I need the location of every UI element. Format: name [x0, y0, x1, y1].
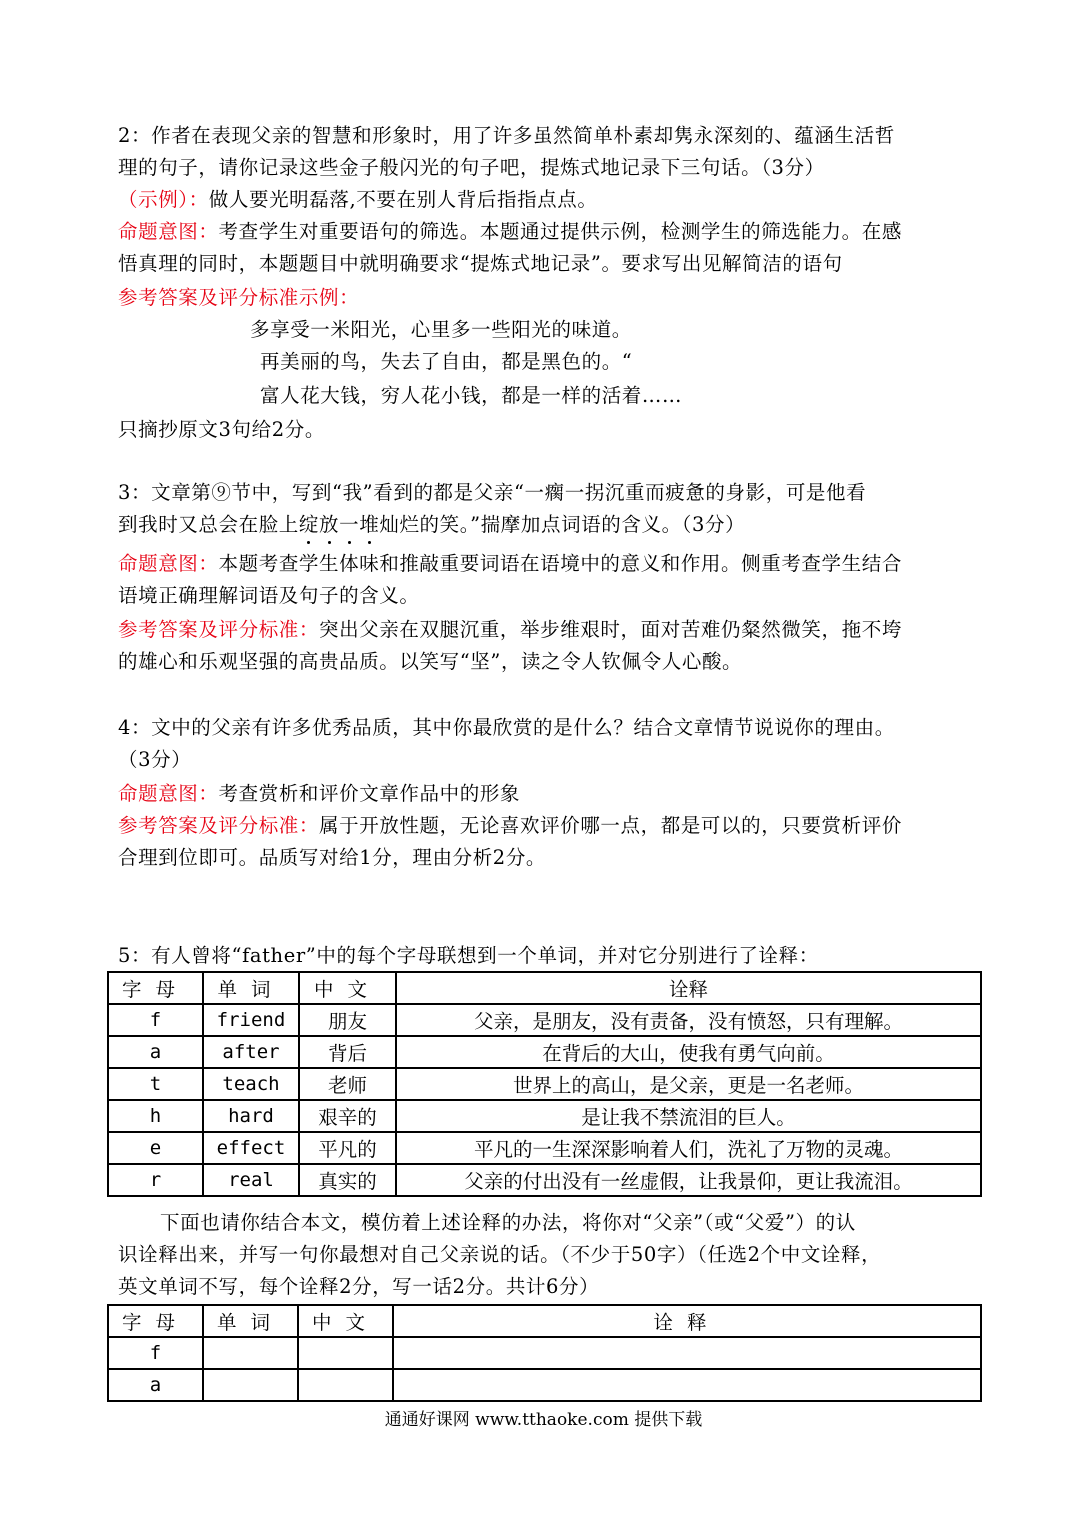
q2-question-line1: 2：作者在表现父亲的智慧和形象时，用了许多虽然简单朴素却隽永深刻的、蕴涵生活哲 — [118, 124, 895, 148]
q2-intent-line1: 命题意图：考查学生对重要语句的筛选。本题通过提供示例，检测学生的筛选能力。在感 — [118, 220, 902, 244]
blank-word-cell[interactable] — [203, 1369, 298, 1401]
page-footer: 通通好课网 www.tthaoke.com 提供下载 — [0, 1409, 1087, 1431]
table-header-row: 字母 单词 中文 诠释 — [108, 1305, 981, 1337]
table-row: h hard 艰辛的 是让我不禁流泪的巨人。 — [108, 1100, 981, 1132]
q5-instruction-line3: 英文单词不写，每个诠释2分，写一话2分。共计6分） — [118, 1275, 599, 1299]
q3-intent-line2: 语境正确理解词语及句子的含义。 — [118, 584, 420, 608]
header-letter: 字母 — [108, 972, 203, 1004]
emphasis-char: 一 — [339, 513, 359, 536]
q2-question-line2: 理的句子，请你记录这些金子般闪光的句子吧，提炼式地记录下三句话。（3分） — [118, 156, 825, 180]
example-label: （示例）： — [118, 188, 209, 211]
q4-question-line1: 4：文中的父亲有许多优秀品质，其中你最欣赏的是什么？结合文章情节说说你的理由。 — [118, 716, 895, 740]
header-word: 单词 — [203, 1305, 298, 1337]
blank-chinese-cell[interactable] — [298, 1337, 393, 1369]
q3-intent-line1: 命题意图：本题考查学生体味和推敲重要词语在语境中的意义和作用。侧重考查学生结合 — [118, 552, 902, 576]
q5-instruction-line1: 下面也请你结合本文，模仿着上述诠释的办法，将你对“父亲”（或“父爱”）的认 — [160, 1211, 856, 1235]
document-page: 2：作者在表现父亲的智慧和形象时，用了许多虽然简单朴素却隽永深刻的、蕴涵生活哲 … — [0, 0, 1087, 1536]
intent-label: 命题意图： — [118, 782, 219, 805]
intent-text: 考查学生对重要语句的筛选。本题通过提供示例，检测学生的筛选能力。在感 — [219, 220, 902, 243]
q5-intro: 5：有人曾将“father”中的每个字母联想到一个单词，并对它分别进行了诠释： — [118, 944, 819, 968]
table-row: r real 真实的 父亲的付出没有一丝虚假，让我景仰，更让我流泪。 — [108, 1164, 981, 1196]
table-row: f friend 朋友 父亲，是朋友，没有责备，没有愤怒，只有理解。 — [108, 1004, 981, 1036]
blank-interpretation-cell[interactable] — [393, 1337, 981, 1369]
q2-answer-3: 富人花大钱，穷人花小钱，都是一样的活着…… — [260, 384, 682, 408]
q2-answer-1: 多享受一米阳光，心里多一些阳光的味道。 — [250, 318, 632, 342]
table-row: t teach 老师 世界上的高山，是父亲，更是一名老师。 — [108, 1068, 981, 1100]
q2-intent-line2: 悟真理的同时，本题题目中就明确要求“提炼式地记录”。要求写出见解简洁的语句 — [118, 252, 843, 276]
intent-label: 命题意图： — [118, 552, 219, 575]
q3-question-line1: 3：文章第⑨节中，写到“我”看到的都是父亲“一瘸一拐沉重而疲惫的身影，可是他看 — [118, 481, 866, 505]
header-interpretation: 诠释 — [396, 972, 981, 1004]
q4-answer-line2: 合理到位即可。品质写对给1分，理由分析2分。 — [118, 846, 546, 870]
answer-label: 参考答案及评分标准： — [118, 618, 319, 641]
blank-chinese-cell[interactable] — [298, 1369, 393, 1401]
table-row: a after 背后 在背后的大山，使我有勇气向前。 — [108, 1036, 981, 1068]
example-text: 做人要光明磊落,不要在别人背后指指点点。 — [209, 188, 598, 211]
table-row: a — [108, 1369, 981, 1401]
q2-answer-label: 参考答案及评分标准示例： — [118, 286, 359, 310]
intent-label: 命题意图： — [118, 220, 219, 243]
header-interpretation: 诠释 — [393, 1305, 981, 1337]
q5-instruction-line2: 识诠释出来，并写一句你最想对自己父亲说的话。（不少于50字）（任选2个中文诠释， — [118, 1243, 881, 1267]
emphasis-char: 绽 — [299, 513, 319, 536]
answer-table: 字母 单词 中文 诠释 f a — [107, 1304, 982, 1402]
q4-question-line2: （3分） — [118, 748, 191, 772]
header-word: 单词 — [203, 972, 299, 1004]
header-chinese: 中文 — [299, 972, 396, 1004]
answer-label: 参考答案及评分标准： — [118, 814, 319, 837]
q2-scoring: 只摘抄原文3句给2分。 — [118, 418, 325, 442]
header-chinese: 中文 — [298, 1305, 393, 1337]
blank-word-cell[interactable] — [203, 1337, 298, 1369]
q3-answer-line1: 参考答案及评分标准：突出父亲在双腿沉重，举步维艰时，面对苦难仍粲然微笑，拖不垮 — [118, 618, 902, 642]
table-row: f — [108, 1337, 981, 1369]
q3-answer-line2: 的雄心和乐观坚强的高贵品质。以笑写“坚”，读之令人钦佩令人心酸。 — [118, 650, 742, 674]
q2-answer-2: 再美丽的鸟，失去了自由，都是黑色的。“ — [260, 350, 632, 374]
q3-question-line2: 到我时又总会在脸上绽放一堆灿烂的笑。”揣摩加点词语的含义。（3分） — [118, 513, 745, 537]
header-letter: 字母 — [108, 1305, 203, 1337]
q4-intent: 命题意图：考查赏析和评价文章作品中的形象 — [118, 782, 520, 806]
table-header-row: 字母 单词 中文 诠释 — [108, 972, 981, 1004]
blank-interpretation-cell[interactable] — [393, 1369, 981, 1401]
table-row: e effect 平凡的 平凡的一生深深影响着人们，洗礼了万物的灵魂。 — [108, 1132, 981, 1164]
q4-answer-line1: 参考答案及评分标准：属于开放性题，无论喜欢评价哪一点，都是可以的，只要赏析评价 — [118, 814, 902, 838]
emphasis-char: 放 — [319, 513, 339, 536]
q2-example: （示例）：做人要光明磊落,不要在别人背后指指点点。 — [118, 188, 597, 212]
emphasis-char: 堆 — [359, 513, 379, 536]
father-letters-table: 字母 单词 中文 诠释 f friend 朋友 父亲，是朋友，没有责备，没有愤怒… — [107, 971, 982, 1197]
